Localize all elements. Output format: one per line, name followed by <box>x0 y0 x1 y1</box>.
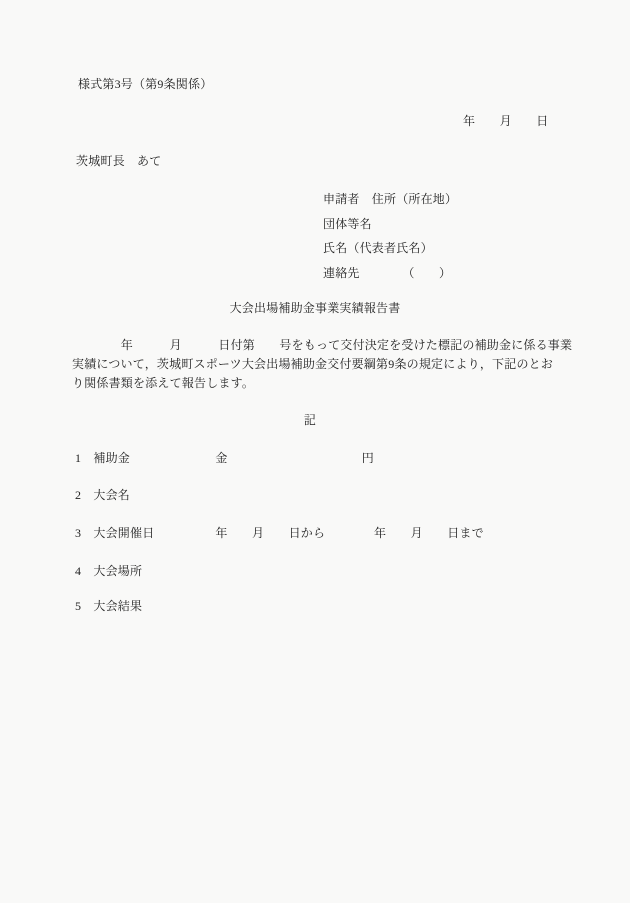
applicant-contact-line: 連絡先 （ ） <box>323 267 457 280</box>
applicant-block: 申請者 住所（所在地） 団体等名 氏名（代表者氏名） 連絡先 （ ） <box>323 193 457 291</box>
addressee: 茨城町長 あて <box>76 155 161 168</box>
list-item-tournament-date: 3 大会開催日 年 月 日から 年 月 日まで <box>75 527 484 540</box>
form-number: 様式第3号（第9条関係） <box>78 78 212 91</box>
document-page: 様式第3号（第9条関係） 年 月 日 茨城町長 あて 申請者 住所（所在地） 団… <box>0 0 630 903</box>
paragraph-line-1: 年 月 日付第 号をもって交付決定を受けた標記の補助金に係る事業 <box>72 336 572 355</box>
paragraph-line-3: り関係書類を添えて報告します。 <box>72 374 572 393</box>
applicant-name-line: 氏名（代表者氏名） <box>323 242 457 255</box>
section-marker: 記 <box>0 414 620 427</box>
paragraph-line-2: 実績について，茨城町スポーツ大会出場補助金交付要綱第9条の規定により，下記のとお <box>72 355 572 374</box>
date-line: 年 月 日 <box>463 115 548 128</box>
applicant-organization-line: 団体等名 <box>323 218 457 231</box>
document-title: 大会出場補助金事業実績報告書 <box>0 302 630 315</box>
applicant-address-line: 申請者 住所（所在地） <box>323 193 457 206</box>
body-paragraph: 年 月 日付第 号をもって交付決定を受けた標記の補助金に係る事業 実績について，… <box>72 336 572 392</box>
list-item-tournament-name: 2 大会名 <box>75 489 130 502</box>
list-item-tournament-place: 4 大会場所 <box>75 565 142 578</box>
list-item-tournament-result: 5 大会結果 <box>75 600 142 613</box>
list-item-subsidy-amount: 1 補助金 金 円 <box>75 452 374 465</box>
